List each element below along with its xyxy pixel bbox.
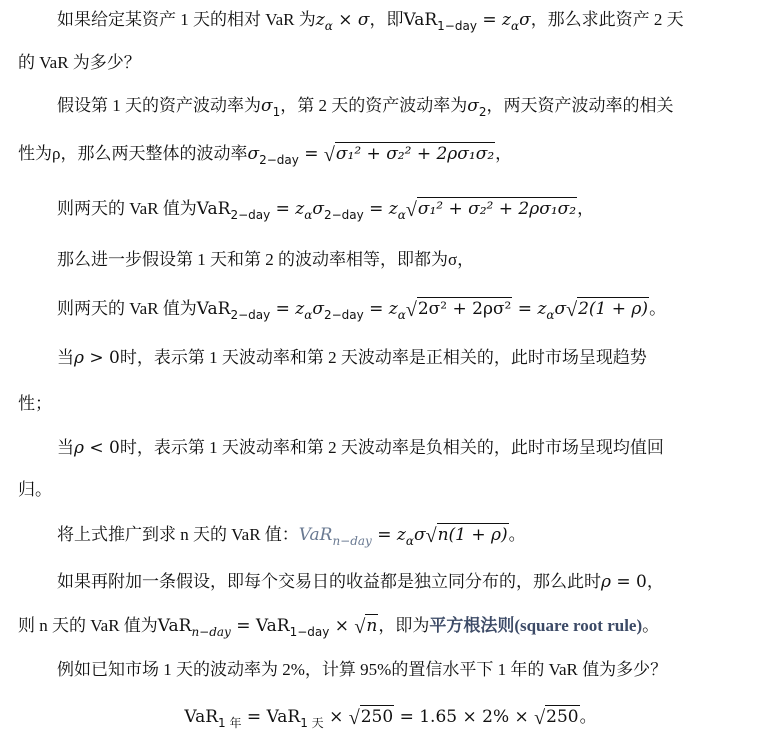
p5-line: 则两天的 VaR 值为VaR2−day = zασ2−day = zα√2σ² … xyxy=(57,297,666,327)
p9-line1: 如果再附加一条假设，即每个交易日的收益都是独立同分布的，那么此时ρ = 0， xyxy=(57,570,664,594)
p6-line2: 性； xyxy=(18,392,52,416)
sqrt-expression: √σ₁² + σ₂² + 2ρσ₁σ₂ xyxy=(406,197,577,222)
p2-line1: 假设第 1 天的资产波动率为σ1，第 2 天的资产波动率为σ2，两天资产波动率的… xyxy=(57,94,674,124)
p2-line2: 性为ρ，那么两天整体的波动率σ2−day = √σ₁² + σ₂² + 2ρσ₁… xyxy=(18,142,512,172)
text: 如果给定某资产 1 天的相对 VaR 为 xyxy=(57,10,316,29)
sqrt-expression: √σ₁² + σ₂² + 2ρσ₁σ₂ xyxy=(324,142,495,167)
p1-line2: 的 VaR 为多少？ xyxy=(18,51,141,75)
sqrt-expression: √250 xyxy=(534,705,579,730)
p11-formula: VaR1 年 = VaR1 天 × √250 = 1.65 × 2% × √25… xyxy=(0,705,781,735)
sqrt-expression: √2σ² + 2ρσ² xyxy=(406,297,513,322)
p10-line: 例如已知市场 1 天的波动率为 2%，计算 95%的置信水平下 1 年的 VaR… xyxy=(57,658,667,682)
p4-line: 那么进一步假设第 1 天和第 2 的波动率相等，即都为σ， xyxy=(57,248,474,272)
p1-line1: 如果给定某资产 1 天的相对 VaR 为zα × σ，即VaR1−day = z… xyxy=(57,8,684,38)
sqrt-expression: √n(1 + ρ) xyxy=(426,523,509,548)
p3-line: 则两天的 VaR 值为VaR2−day = zασ2−day = zα√σ₁² … xyxy=(57,197,594,227)
p7-line2: 归。 xyxy=(18,478,52,502)
p8-line: 将上式推广到求 n 天的 VaR 值：VaRn−day = zασ√n(1 + … xyxy=(57,523,526,553)
square-root-rule-term: 平方根法则(square root rule) xyxy=(429,616,642,635)
sqrt-expression: √n xyxy=(354,614,378,639)
sqrt-expression: √250 xyxy=(349,705,394,730)
sqrt-expression: √2(1 + ρ) xyxy=(566,297,649,322)
p9-line2: 则 n 天的 VaR 值为VaRn−day = VaR1−day × √n，即为… xyxy=(18,614,659,644)
p6-line1: 当ρ > 0时，表示第 1 天波动率和第 2 天波动率是正相关的，此时市场呈现趋… xyxy=(57,346,647,370)
p7-line1: 当ρ < 0时，表示第 1 天波动率和第 2 天波动率是负相关的，此时市场呈现均… xyxy=(57,436,664,460)
